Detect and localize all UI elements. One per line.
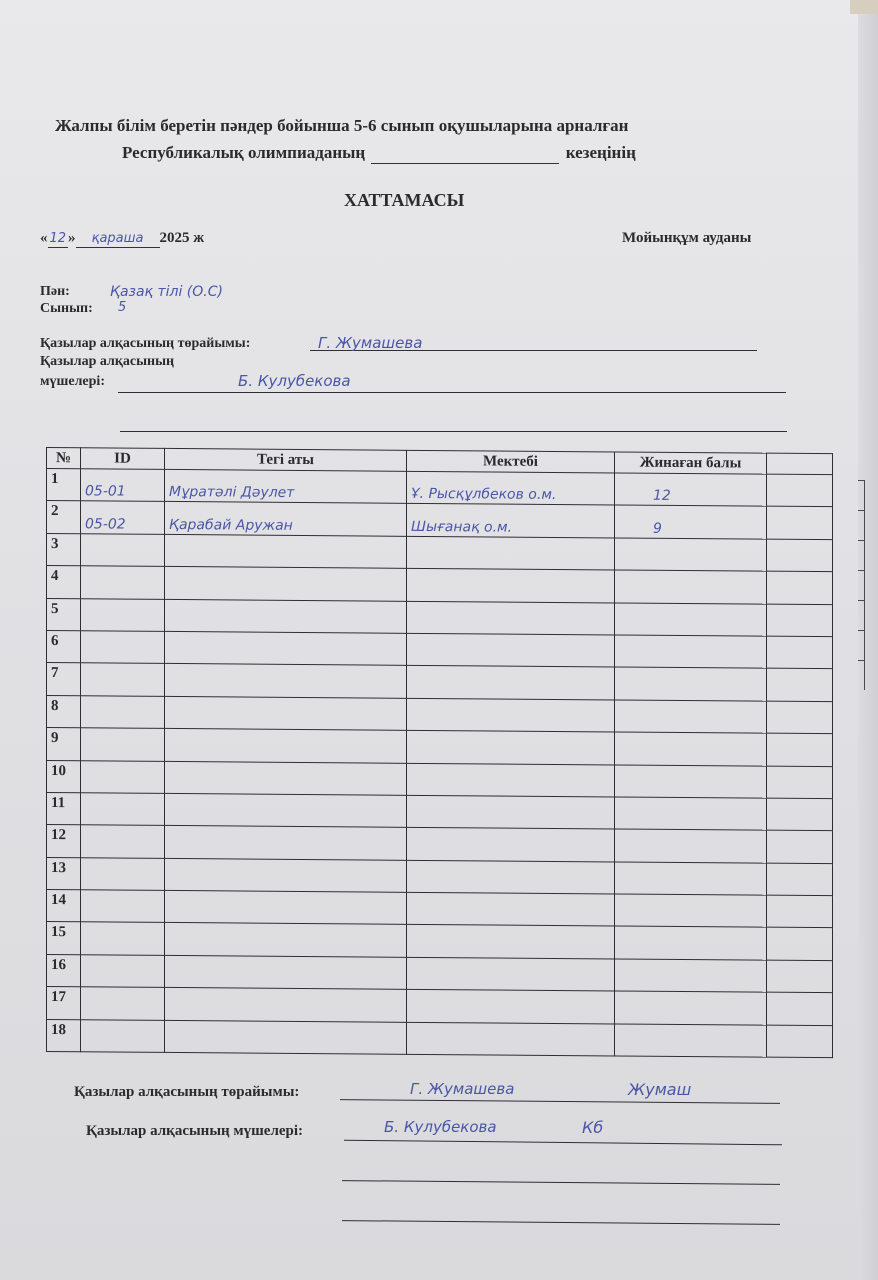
col-header-number: № (47, 448, 81, 469)
row-score (615, 538, 767, 572)
subject-label: Пән: (40, 284, 70, 300)
row-score (615, 635, 767, 669)
row-score (615, 667, 767, 701)
date-close-quote: » (68, 230, 76, 246)
row-score (615, 764, 767, 798)
row-name (165, 923, 407, 957)
row-number: 12 (47, 825, 81, 858)
row-number: 4 (47, 566, 81, 599)
row-name: Мұратәлі Дәулет (165, 469, 407, 503)
row-number: 9 (47, 728, 81, 761)
row-name (165, 858, 407, 892)
row-name (165, 567, 407, 601)
row-extra (767, 895, 833, 928)
grade-value: 5 (118, 300, 126, 315)
row-extra (767, 604, 833, 637)
row-name (165, 761, 407, 795)
row-id (81, 566, 165, 599)
ruler-tick (858, 540, 864, 541)
row-number: 18 (47, 1019, 81, 1052)
subject-value: Қазақ тілі (О.С) (110, 284, 223, 300)
table-row: 18 (47, 1019, 833, 1058)
row-number: 16 (47, 954, 81, 987)
grade-label: Сынып: (40, 301, 93, 317)
jury-chair-value: Г. Жумашева (318, 334, 422, 352)
row-id (81, 793, 165, 826)
row-extra (767, 830, 833, 863)
row-school: Шығанақ о.м. (407, 504, 615, 538)
jury-chair-label: Қазылар алқасының төрайымы: (40, 336, 250, 352)
row-score (615, 959, 767, 993)
row-name (165, 988, 407, 1022)
row-school (407, 1022, 615, 1056)
signature-members-sign: Кб (582, 1118, 603, 1137)
row-id (81, 955, 165, 988)
row-school: Ұ. Рысқұлбеков о.м. (407, 471, 615, 505)
row-score (615, 700, 767, 734)
jury-members-label-2: мүшелері: (40, 374, 105, 390)
row-name (165, 534, 407, 568)
col-header-school: Мектебі (407, 450, 615, 473)
ruler-tick (858, 480, 864, 481)
row-school (407, 990, 615, 1024)
row-extra (767, 928, 833, 961)
row-extra (767, 539, 833, 572)
row-score (615, 991, 767, 1025)
row-school (407, 569, 615, 603)
col-header-name: Тегі аты (165, 448, 407, 471)
row-extra (767, 1025, 833, 1058)
header-line-2: Республикалық олимпиаданың кезеңінің (122, 143, 636, 164)
row-number: 7 (47, 663, 81, 696)
row-number: 3 (47, 533, 81, 566)
row-number: 1 (47, 469, 81, 502)
col-header-score: Жинаған балы (615, 452, 767, 474)
row-id (81, 534, 165, 567)
document-title: ХАТТАМАСЫ (344, 190, 464, 211)
ruler-tick (858, 600, 864, 601)
row-extra (767, 798, 833, 831)
row-number: 6 (47, 630, 81, 663)
date-day: 12 (50, 231, 67, 246)
row-school (407, 925, 615, 959)
row-id (81, 663, 165, 696)
row-extra (767, 636, 833, 669)
stage-blank (371, 143, 559, 164)
row-school (407, 763, 615, 797)
signature-blank-line-1 (342, 1180, 780, 1185)
row-school (407, 698, 615, 732)
document-page: Жалпы білім беретін пәндер бойынша 5-6 с… (0, 0, 864, 1280)
row-id (81, 728, 165, 761)
document-date: «12»қараша2025 ж (40, 230, 204, 248)
col-header-id: ID (81, 448, 165, 470)
underlying-page-ruler (858, 480, 865, 690)
results-table: № ID Тегі аты Мектебі Жинаған балы 105-0… (46, 447, 833, 1058)
row-score (615, 797, 767, 831)
row-id (81, 825, 165, 858)
row-name (165, 664, 407, 698)
ruler-tick (858, 660, 864, 661)
row-extra (767, 960, 833, 993)
row-extra (767, 992, 833, 1025)
col-header-extra (767, 453, 833, 475)
signature-chair-label: Қазылар алқасының төрайымы: (74, 1084, 299, 1101)
signature-blank-line-2 (342, 1220, 780, 1225)
row-school (407, 828, 615, 862)
jury-members-label-1: Қазылар алқасының (40, 354, 174, 370)
row-number: 2 (47, 501, 81, 534)
row-school (407, 957, 615, 991)
row-score (615, 603, 767, 637)
jury-members-line (118, 392, 786, 393)
row-school (407, 860, 615, 894)
row-number: 8 (47, 695, 81, 728)
jury-members-line-2 (120, 431, 787, 432)
row-extra (767, 474, 833, 507)
row-id: 05-02 (81, 501, 165, 534)
row-score (615, 732, 767, 766)
signature-members-line (344, 1140, 782, 1146)
row-name (165, 793, 407, 827)
signature-members-name: Б. Кулубекова (384, 1118, 497, 1136)
row-school (407, 536, 615, 570)
row-school (407, 795, 615, 829)
row-number: 5 (47, 598, 81, 631)
paper-corner (850, 0, 878, 14)
ruler-tick (858, 630, 864, 631)
ruler-tick (858, 570, 864, 571)
row-extra (767, 507, 833, 540)
row-extra (767, 733, 833, 766)
row-number: 11 (47, 792, 81, 825)
row-score: 12 (615, 473, 767, 507)
row-id (81, 922, 165, 955)
row-score (615, 829, 767, 863)
signature-chair-sign: Жумаш (628, 1080, 691, 1099)
ruler-tick (858, 510, 864, 511)
row-number: 10 (47, 760, 81, 793)
row-name (165, 891, 407, 925)
date-month: қараша (92, 231, 144, 246)
row-number: 14 (47, 890, 81, 923)
row-number: 13 (47, 857, 81, 890)
row-extra (767, 766, 833, 799)
row-school (407, 730, 615, 764)
row-name (165, 729, 407, 763)
row-score (615, 1024, 767, 1058)
row-extra (767, 701, 833, 734)
row-id (81, 760, 165, 793)
row-school (407, 892, 615, 926)
row-score (615, 862, 767, 896)
row-extra (767, 669, 833, 702)
row-id: 05-01 (81, 469, 165, 502)
row-extra (767, 571, 833, 604)
signature-chair-name: Г. Жумашева (410, 1080, 514, 1098)
row-name (165, 826, 407, 860)
row-school (407, 633, 615, 667)
row-name: Қарабай Аружан (165, 502, 407, 536)
row-score: 9 (615, 505, 767, 539)
row-id (81, 890, 165, 923)
row-number: 15 (47, 922, 81, 955)
row-name (165, 696, 407, 730)
row-number: 17 (47, 987, 81, 1020)
row-extra (767, 863, 833, 896)
row-score (615, 926, 767, 960)
row-school (407, 601, 615, 635)
row-score (615, 894, 767, 928)
row-id (81, 987, 165, 1020)
date-year: 2025 ж (160, 230, 205, 246)
row-name (165, 631, 407, 665)
row-name (165, 1020, 407, 1054)
row-name (165, 599, 407, 633)
signature-members-label: Қазылар алқасының мүшелері: (86, 1123, 303, 1140)
header-line-2-prefix: Республикалық олимпиаданың (122, 143, 365, 162)
header-line-1: Жалпы білім беретін пәндер бойынша 5-6 с… (55, 116, 628, 136)
date-open-quote: « (40, 230, 48, 246)
header-line-2-suffix: кезеңінің (566, 143, 636, 162)
row-id (81, 857, 165, 890)
jury-members-value: Б. Кулубекова (238, 372, 351, 390)
row-school (407, 666, 615, 700)
row-id (81, 631, 165, 664)
signature-chair-line (340, 1099, 780, 1104)
district: Мойынқұм ауданы (622, 230, 751, 247)
row-name (165, 955, 407, 989)
row-id (81, 598, 165, 631)
row-id (81, 696, 165, 729)
row-id (81, 1019, 165, 1052)
row-score (615, 570, 767, 604)
